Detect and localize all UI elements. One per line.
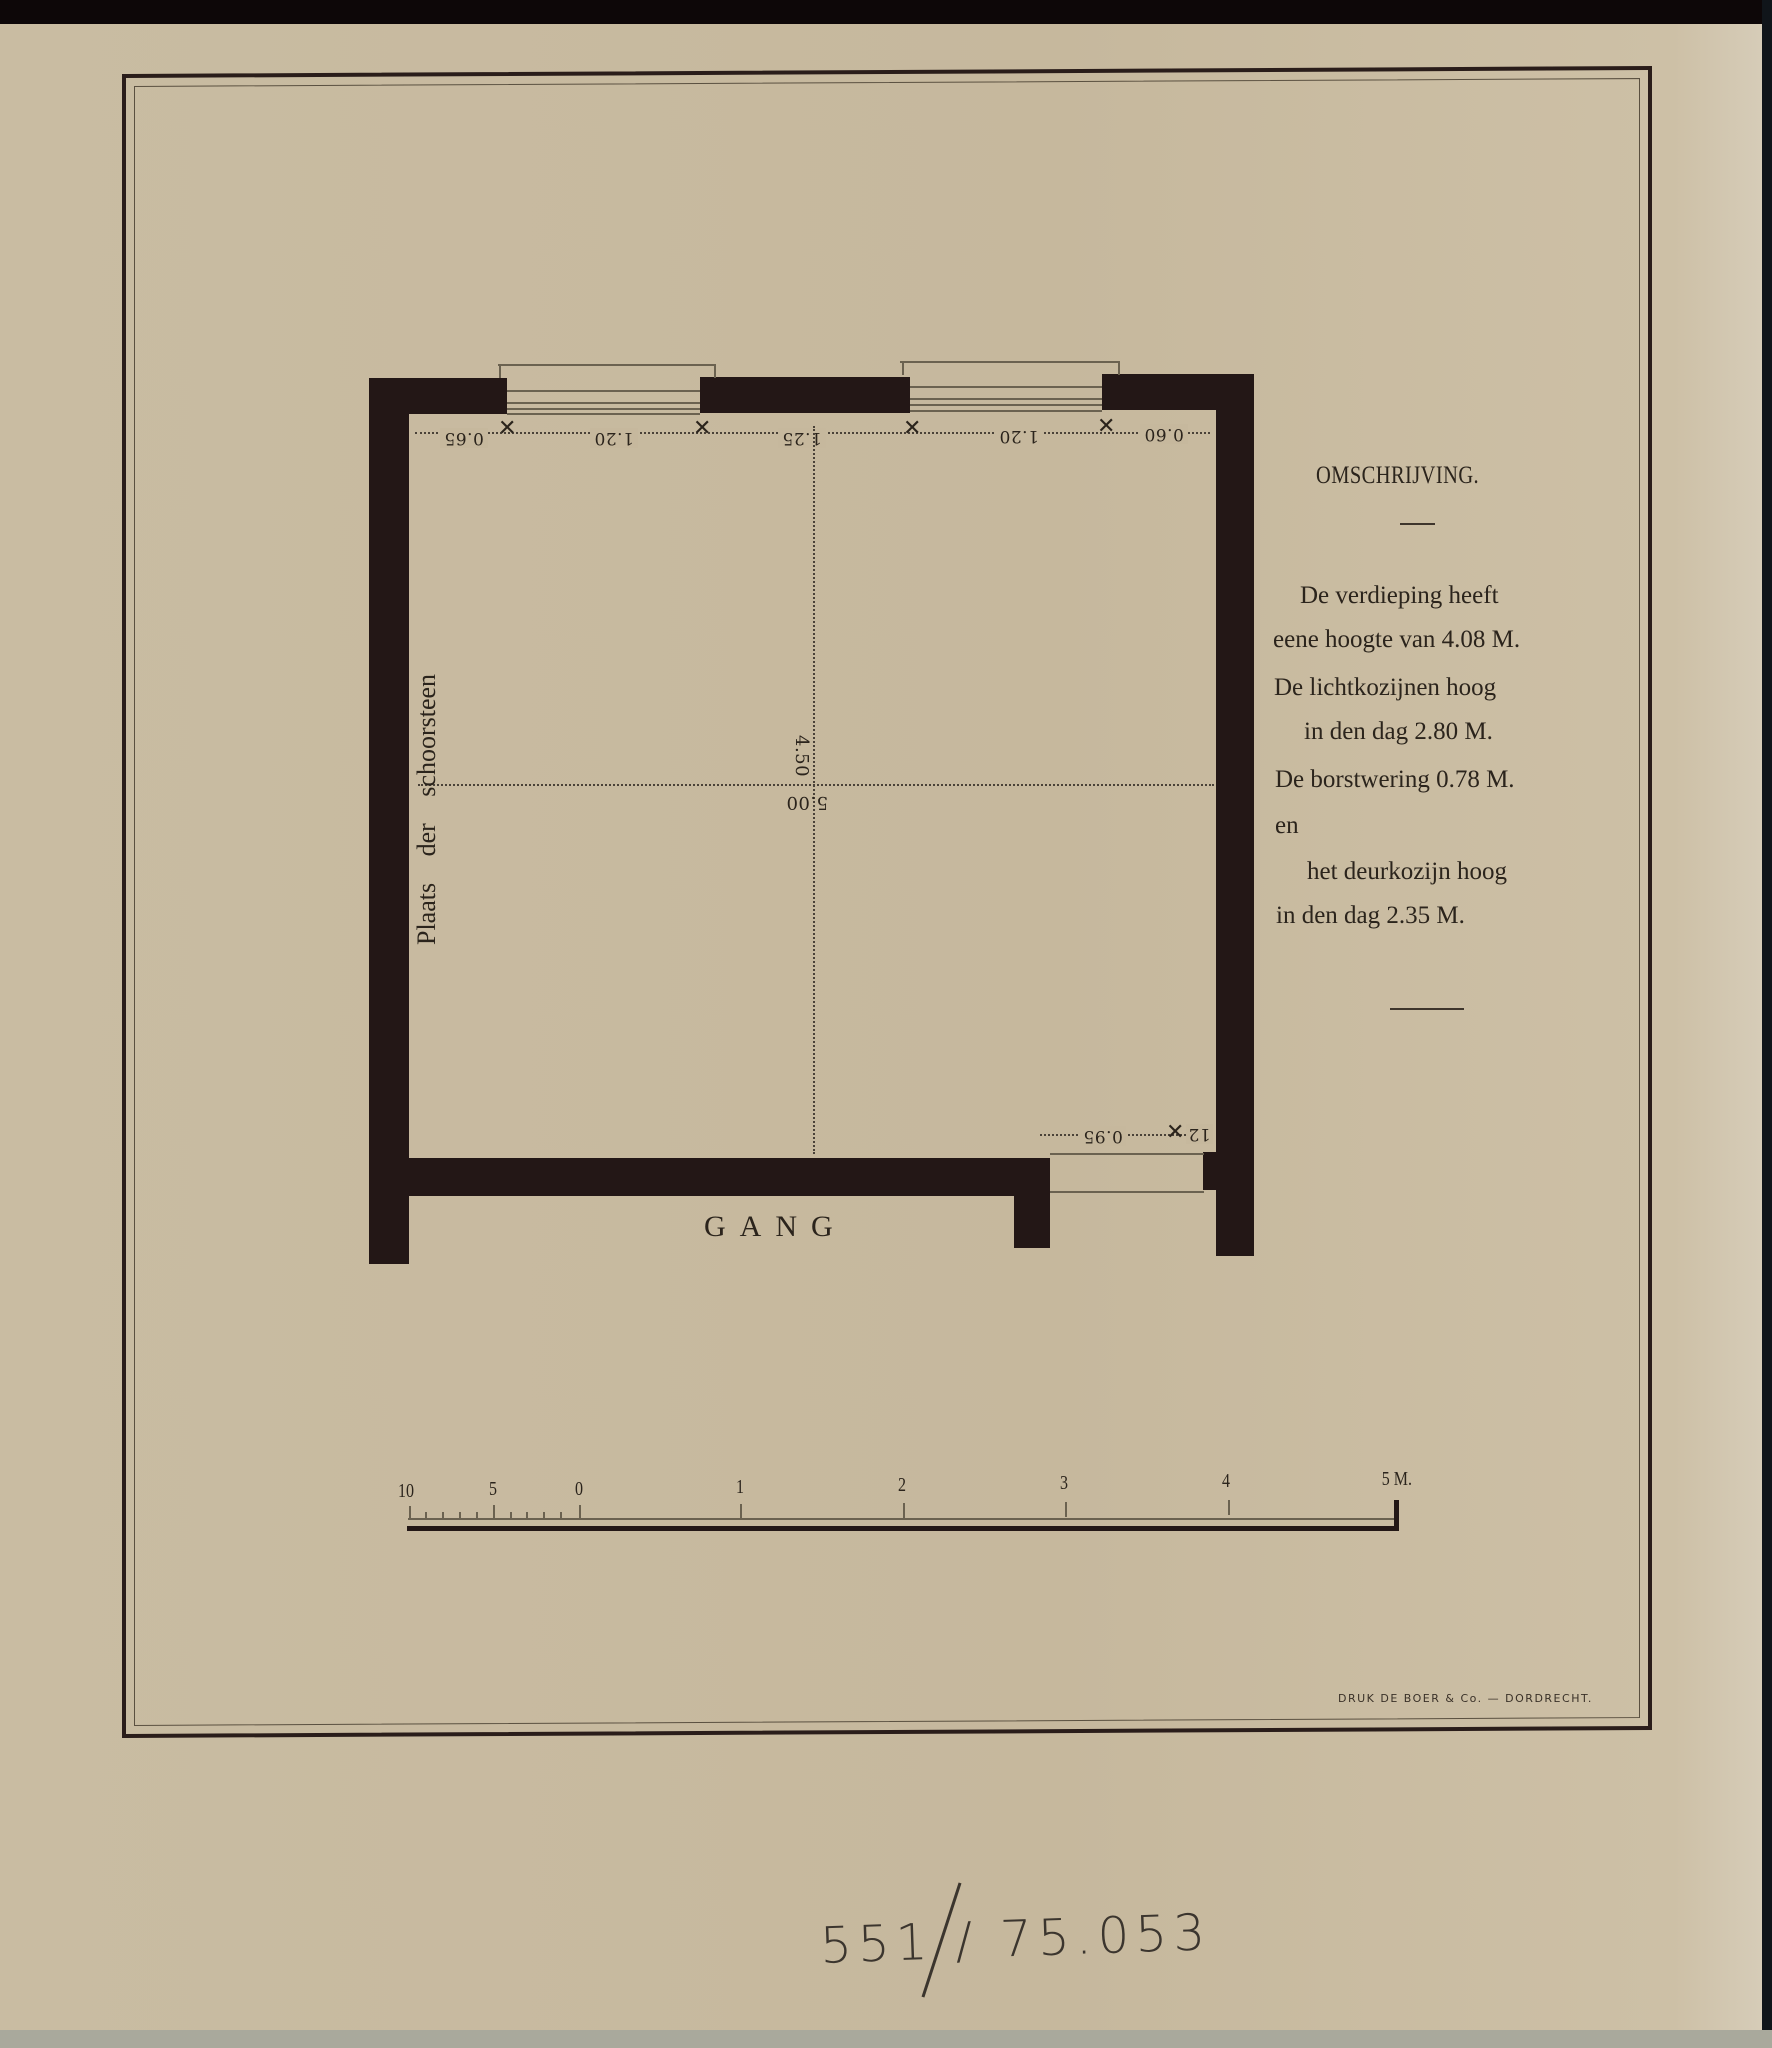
photo-bottom-edge (0, 2030, 1772, 2048)
width-dimension-line (418, 784, 1214, 786)
description-line: het deurkozijn hoog (1307, 858, 1507, 886)
dimension-cross: ✕ (903, 416, 921, 441)
dimension-label: 1.20 (590, 428, 638, 448)
scale-label: 1 (736, 1476, 744, 1499)
dimension-cross: ✕ (1166, 1120, 1184, 1145)
photo-top-edge (0, 0, 1772, 26)
description-line: en (1275, 812, 1299, 840)
description-title: OMSCHRIJVING. (1316, 462, 1479, 490)
width-dimension-label: 5.00 (786, 792, 828, 813)
right-wall (1216, 374, 1254, 1256)
scale-label: 10 (398, 1480, 414, 1503)
dimension-label: 1.25 (778, 428, 826, 448)
dimension-label: 0.60 (1140, 424, 1188, 444)
top-pier-center (700, 377, 910, 413)
dimension-cross: ✕ (693, 416, 711, 441)
description-line: De borstwering 0.78 M. (1275, 766, 1515, 794)
scale-label: 2 (898, 1474, 906, 1497)
title-divider (1400, 523, 1435, 525)
description-line: in den dag 2.80 M. (1304, 718, 1493, 746)
depth-dimension-line (813, 426, 815, 1154)
bottom-wall (409, 1158, 1049, 1196)
photo-right-edge (1762, 0, 1772, 2048)
door-width-label: 0.95 (1080, 1126, 1126, 1146)
description-line: in den dag 2.35 M. (1276, 902, 1465, 930)
description-line: eene hoogte van 4.08 M. (1273, 626, 1520, 654)
door-offset-label: 12 (1186, 1124, 1213, 1144)
dimension-label: 0.65 (440, 428, 488, 448)
corridor-label: GANG (704, 1210, 847, 1244)
scale-label: 4 (1222, 1470, 1230, 1493)
scale-label: 0 (575, 1478, 583, 1501)
dimension-cross: ✕ (498, 416, 516, 441)
scale-label: 5 (489, 1478, 497, 1501)
door-jamb-right (1203, 1152, 1225, 1190)
top-pier-left (369, 378, 507, 414)
description-line: De lichtkozijnen hoog (1274, 674, 1496, 702)
left-wall (369, 378, 409, 1264)
dimension-label: 1.20 (995, 426, 1043, 446)
scale-label: 5 M. (1382, 1468, 1412, 1491)
description-line: De verdieping heeft (1300, 582, 1499, 610)
chimney-location-label: Plaats der schoorsteen (412, 674, 442, 945)
door-jamb-left (1014, 1158, 1050, 1248)
description-end-divider (1390, 1008, 1464, 1010)
depth-dimension-label: 4.50 (791, 735, 812, 777)
scale-label: 3 (1060, 1472, 1068, 1495)
dimension-cross: ✕ (1097, 414, 1115, 439)
top-pier-right (1102, 374, 1252, 410)
printer-credit: DRUK DE BOER & Co. — DORDRECHT. (1338, 1692, 1593, 1705)
